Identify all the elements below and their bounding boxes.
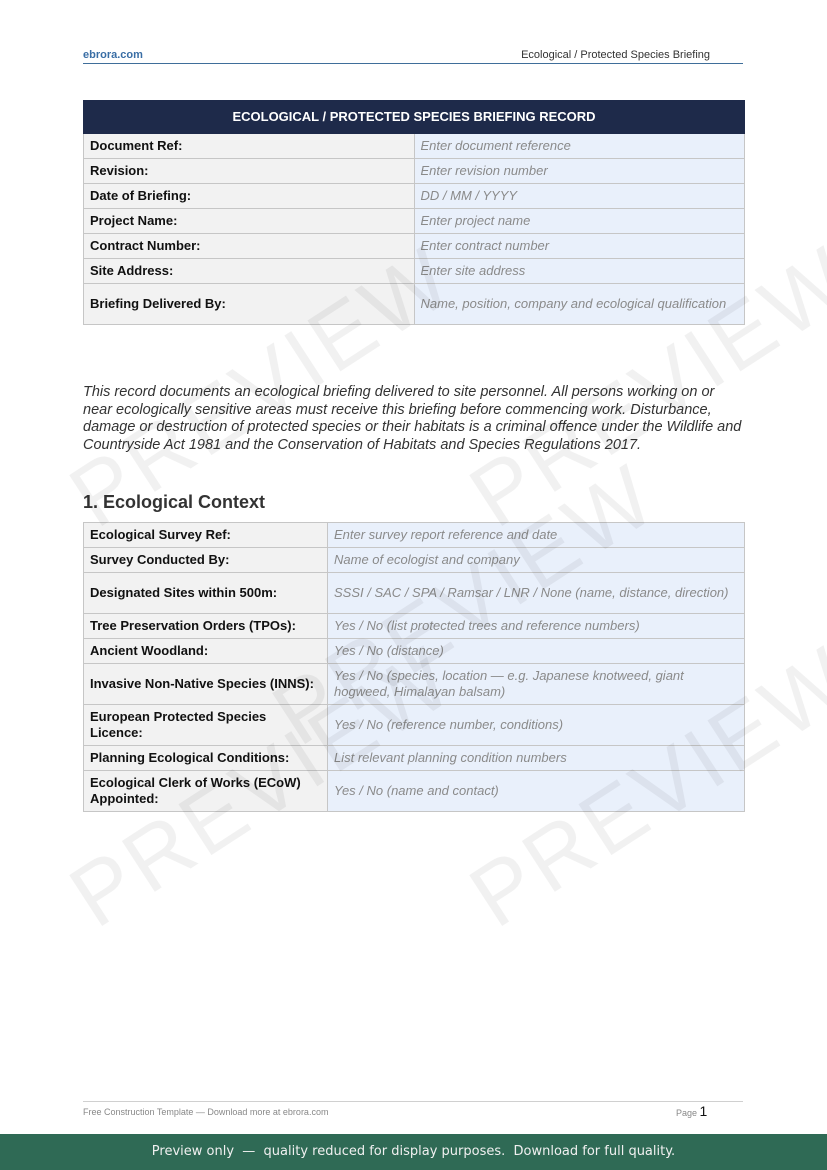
survey-ref-field[interactable]: Enter survey report reference and date	[328, 523, 745, 548]
ecological-context-table: Ecological Survey Ref: Enter survey repo…	[83, 522, 745, 812]
table-row: Invasive Non-Native Species (INNS): Yes …	[84, 664, 745, 705]
field-label: Invasive Non-Native Species (INNS):	[84, 664, 328, 705]
page-indicator: Page 1	[676, 1103, 707, 1119]
field-label: European Protected Species Licence:	[84, 705, 328, 746]
table-row: Date of Briefing: DD / MM / YYYY	[84, 184, 745, 209]
footer-note: Free Construction Template — Download mo…	[83, 1107, 328, 1117]
document-title: ECOLOGICAL / PROTECTED SPECIES BRIEFING …	[84, 101, 745, 134]
table-row: Contract Number: Enter contract number	[84, 234, 745, 259]
preview-banner: Preview only — quality reduced for displ…	[0, 1134, 827, 1170]
table-row: Document Ref: Enter document reference	[84, 134, 745, 159]
page-header: ebrora.com Ecological / Protected Specie…	[83, 48, 743, 64]
document-info-table: ECOLOGICAL / PROTECTED SPECIES BRIEFING …	[83, 100, 745, 325]
table-row: Tree Preservation Orders (TPOs): Yes / N…	[84, 614, 745, 639]
survey-conducted-by-field[interactable]: Name of ecologist and company	[328, 548, 745, 573]
field-label: Date of Briefing:	[84, 184, 415, 209]
planning-conditions-field[interactable]: List relevant planning condition numbers	[328, 746, 745, 771]
table-row: Survey Conducted By: Name of ecologist a…	[84, 548, 745, 573]
site-address-field[interactable]: Enter site address	[414, 259, 745, 284]
table-row: Ancient Woodland: Yes / No (distance)	[84, 639, 745, 664]
designated-sites-field[interactable]: SSSI / SAC / SPA / Ramsar / LNR / None (…	[328, 573, 745, 614]
page-number: 1	[700, 1103, 708, 1119]
intro-paragraph: This record documents an ecological brie…	[83, 384, 743, 454]
revision-field[interactable]: Enter revision number	[414, 159, 745, 184]
field-label: Tree Preservation Orders (TPOs):	[84, 614, 328, 639]
table-row: Planning Ecological Conditions: List rel…	[84, 746, 745, 771]
tpo-field[interactable]: Yes / No (list protected trees and refer…	[328, 614, 745, 639]
table-row: Ecological Survey Ref: Enter survey repo…	[84, 523, 745, 548]
date-of-briefing-field[interactable]: DD / MM / YYYY	[414, 184, 745, 209]
table-row: European Protected Species Licence: Yes …	[84, 705, 745, 746]
field-label: Planning Ecological Conditions:	[84, 746, 328, 771]
briefing-delivered-by-field[interactable]: Name, position, company and ecological q…	[414, 284, 745, 325]
field-label: Designated Sites within 500m:	[84, 573, 328, 614]
table-row: Briefing Delivered By: Name, position, c…	[84, 284, 745, 325]
inns-field[interactable]: Yes / No (species, location — e.g. Japan…	[328, 664, 745, 705]
field-label: Ecological Clerk of Works (ECoW) Appoint…	[84, 771, 328, 812]
field-label: Revision:	[84, 159, 415, 184]
field-label: Ecological Survey Ref:	[84, 523, 328, 548]
table-row: Project Name: Enter project name	[84, 209, 745, 234]
table-row: Ecological Clerk of Works (ECoW) Appoint…	[84, 771, 745, 812]
document-ref-field[interactable]: Enter document reference	[414, 134, 745, 159]
project-name-field[interactable]: Enter project name	[414, 209, 745, 234]
contract-number-field[interactable]: Enter contract number	[414, 234, 745, 259]
field-label: Document Ref:	[84, 134, 415, 159]
field-label: Contract Number:	[84, 234, 415, 259]
header-doc-title: Ecological / Protected Species Briefing	[521, 49, 710, 61]
page-label: Page	[676, 1108, 697, 1118]
table-row: Designated Sites within 500m: SSSI / SAC…	[84, 573, 745, 614]
eps-licence-field[interactable]: Yes / No (reference number, conditions)	[328, 705, 745, 746]
field-label: Ancient Woodland:	[84, 639, 328, 664]
ancient-woodland-field[interactable]: Yes / No (distance)	[328, 639, 745, 664]
table-row: Revision: Enter revision number	[84, 159, 745, 184]
ecow-field[interactable]: Yes / No (name and contact)	[328, 771, 745, 812]
field-label: Briefing Delivered By:	[84, 284, 415, 325]
field-label: Survey Conducted By:	[84, 548, 328, 573]
site-link[interactable]: ebrora.com	[83, 49, 143, 61]
field-label: Project Name:	[84, 209, 415, 234]
field-label: Site Address:	[84, 259, 415, 284]
section-heading: 1. Ecological Context	[83, 492, 265, 513]
table-row: Site Address: Enter site address	[84, 259, 745, 284]
footer-divider	[83, 1101, 743, 1102]
